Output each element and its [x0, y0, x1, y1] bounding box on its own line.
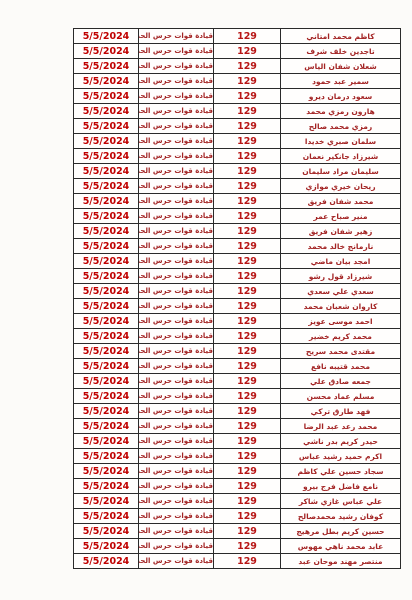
date-cell: 5/5/2024 — [74, 314, 139, 329]
name-cell: منير صباح عمر — [281, 209, 401, 224]
table-row: 5/5/2024قيادة قوات حرس الحدود129حسين كري… — [74, 524, 401, 539]
unit-cell: قيادة قوات حرس الحدود — [139, 464, 214, 479]
date-cell: 5/5/2024 — [74, 119, 139, 134]
number-cell: 129 — [214, 539, 281, 554]
name-cell: سمير عبد حمود — [281, 74, 401, 89]
name-cell: حسين كريم بطل مرهيج — [281, 524, 401, 539]
name-cell: سلمان صبري خديدا — [281, 134, 401, 149]
name-cell: نارمانج خالد محمد — [281, 239, 401, 254]
name-cell: شيرزاد قول رشو — [281, 269, 401, 284]
unit-cell: قيادة قوات حرس الحدود — [139, 209, 214, 224]
name-cell: فهد طارق تركي — [281, 404, 401, 419]
date-cell: 5/5/2024 — [74, 179, 139, 194]
date-cell: 5/5/2024 — [74, 209, 139, 224]
name-cell: سجاد حسين علي كاظم — [281, 464, 401, 479]
name-cell: كاروان شعبان محمد — [281, 299, 401, 314]
number-cell: 129 — [214, 284, 281, 299]
unit-cell: قيادة قوات حرس الحدود — [139, 389, 214, 404]
table-row: 5/5/2024قيادة قوات حرس الحدود129تاجدين خ… — [74, 44, 401, 59]
number-cell: 129 — [214, 374, 281, 389]
date-cell: 5/5/2024 — [74, 389, 139, 404]
name-cell: كاظم محمد امتاني — [281, 29, 401, 44]
number-cell: 129 — [214, 254, 281, 269]
number-cell: 129 — [214, 44, 281, 59]
table-row: 5/5/2024قيادة قوات حرس الحدود129عابد محم… — [74, 539, 401, 554]
date-cell: 5/5/2024 — [74, 479, 139, 494]
table-row: 5/5/2024قيادة قوات حرس الحدود129سليمان م… — [74, 164, 401, 179]
number-cell: 129 — [214, 209, 281, 224]
number-cell: 129 — [214, 74, 281, 89]
date-cell: 5/5/2024 — [74, 329, 139, 344]
table-row: 5/5/2024قيادة قوات حرس الحدود129نارمانج … — [74, 239, 401, 254]
number-cell: 129 — [214, 299, 281, 314]
name-cell: علي عباس غازي شاكر — [281, 494, 401, 509]
unit-cell: قيادة قوات حرس الحدود — [139, 194, 214, 209]
date-cell: 5/5/2024 — [74, 494, 139, 509]
number-cell: 129 — [214, 149, 281, 164]
date-cell: 5/5/2024 — [74, 29, 139, 44]
unit-cell: قيادة قوات حرس الحدود — [139, 299, 214, 314]
number-cell: 129 — [214, 554, 281, 569]
number-cell: 129 — [214, 224, 281, 239]
number-cell: 129 — [214, 59, 281, 74]
date-cell: 5/5/2024 — [74, 539, 139, 554]
unit-cell: قيادة قوات حرس الحدود — [139, 374, 214, 389]
date-cell: 5/5/2024 — [74, 74, 139, 89]
name-cell: هارون رمزي محمد — [281, 104, 401, 119]
number-cell: 129 — [214, 314, 281, 329]
number-cell: 129 — [214, 89, 281, 104]
name-cell: نامع فاضل فرج بيرو — [281, 479, 401, 494]
table-row: 5/5/2024قيادة قوات حرس الحدود129محمد قتي… — [74, 359, 401, 374]
table-row: 5/5/2024قيادة قوات حرس الحدود129شعلان شف… — [74, 59, 401, 74]
unit-cell: قيادة قوات حرس الحدود — [139, 29, 214, 44]
unit-cell: قيادة قوات حرس الحدود — [139, 419, 214, 434]
name-cell: سعدي علي سعدي — [281, 284, 401, 299]
unit-cell: قيادة قوات حرس الحدود — [139, 359, 214, 374]
name-cell: محمد كريم خضير — [281, 329, 401, 344]
records-tbody: 5/5/2024قيادة قوات حرس الحدود129كاظم محم… — [74, 29, 401, 569]
date-cell: 5/5/2024 — [74, 89, 139, 104]
date-cell: 5/5/2024 — [74, 554, 139, 569]
name-cell: كوفان رشيد محمدصالح — [281, 509, 401, 524]
date-cell: 5/5/2024 — [74, 419, 139, 434]
name-cell: تاجدين خلف شرف — [281, 44, 401, 59]
name-cell: حيدر كريم بدر ناشي — [281, 434, 401, 449]
name-cell: مقتدى محمد سريح — [281, 344, 401, 359]
table-row: 5/5/2024قيادة قوات حرس الحدود129رمزي محم… — [74, 119, 401, 134]
unit-cell: قيادة قوات حرس الحدود — [139, 524, 214, 539]
name-cell: سليمان مراد سليمان — [281, 164, 401, 179]
table-row: 5/5/2024قيادة قوات حرس الحدود129هارون رم… — [74, 104, 401, 119]
unit-cell: قيادة قوات حرس الحدود — [139, 284, 214, 299]
name-cell: سعود درمان ديرو — [281, 89, 401, 104]
number-cell: 129 — [214, 29, 281, 44]
number-cell: 129 — [214, 524, 281, 539]
date-cell: 5/5/2024 — [74, 59, 139, 74]
name-cell: امجد بيان ماضي — [281, 254, 401, 269]
unit-cell: قيادة قوات حرس الحدود — [139, 89, 214, 104]
number-cell: 129 — [214, 269, 281, 284]
date-cell: 5/5/2024 — [74, 464, 139, 479]
number-cell: 129 — [214, 104, 281, 119]
unit-cell: قيادة قوات حرس الحدود — [139, 254, 214, 269]
date-cell: 5/5/2024 — [74, 269, 139, 284]
unit-cell: قيادة قوات حرس الحدود — [139, 509, 214, 524]
date-cell: 5/5/2024 — [74, 194, 139, 209]
name-cell: محمد رعد عبد الرضا — [281, 419, 401, 434]
number-cell: 129 — [214, 164, 281, 179]
number-cell: 129 — [214, 449, 281, 464]
number-cell: 129 — [214, 179, 281, 194]
table-row: 5/5/2024قيادة قوات حرس الحدود129شيرزاد ج… — [74, 149, 401, 164]
table-row: 5/5/2024قيادة قوات حرس الحدود129احمد موس… — [74, 314, 401, 329]
name-cell: جمعه صادق علي — [281, 374, 401, 389]
unit-cell: قيادة قوات حرس الحدود — [139, 164, 214, 179]
number-cell: 129 — [214, 464, 281, 479]
unit-cell: قيادة قوات حرس الحدود — [139, 479, 214, 494]
number-cell: 129 — [214, 134, 281, 149]
table-row: 5/5/2024قيادة قوات حرس الحدود129فهد طارق… — [74, 404, 401, 419]
unit-cell: قيادة قوات حرس الحدود — [139, 104, 214, 119]
date-cell: 5/5/2024 — [74, 359, 139, 374]
date-cell: 5/5/2024 — [74, 509, 139, 524]
unit-cell: قيادة قوات حرس الحدود — [139, 404, 214, 419]
table-row: 5/5/2024قيادة قوات حرس الحدود129سجاد حسي… — [74, 464, 401, 479]
date-cell: 5/5/2024 — [74, 284, 139, 299]
date-cell: 5/5/2024 — [74, 44, 139, 59]
date-cell: 5/5/2024 — [74, 224, 139, 239]
table-row: 5/5/2024قيادة قوات حرس الحدود129ريحان خي… — [74, 179, 401, 194]
date-cell: 5/5/2024 — [74, 104, 139, 119]
unit-cell: قيادة قوات حرس الحدود — [139, 149, 214, 164]
unit-cell: قيادة قوات حرس الحدود — [139, 344, 214, 359]
date-cell: 5/5/2024 — [74, 344, 139, 359]
unit-cell: قيادة قوات حرس الحدود — [139, 329, 214, 344]
unit-cell: قيادة قوات حرس الحدود — [139, 74, 214, 89]
date-cell: 5/5/2024 — [74, 299, 139, 314]
number-cell: 129 — [214, 509, 281, 524]
unit-cell: قيادة قوات حرس الحدود — [139, 224, 214, 239]
name-cell: محمد قتيبه نافع — [281, 359, 401, 374]
number-cell: 129 — [214, 359, 281, 374]
number-cell: 129 — [214, 329, 281, 344]
table-row: 5/5/2024قيادة قوات حرس الحدود129كوفان رش… — [74, 509, 401, 524]
unit-cell: قيادة قوات حرس الحدود — [139, 44, 214, 59]
date-cell: 5/5/2024 — [74, 254, 139, 269]
name-cell: محمد شفان فريق — [281, 194, 401, 209]
number-cell: 129 — [214, 389, 281, 404]
table-row: 5/5/2024قيادة قوات حرس الحدود129جمعه صاد… — [74, 374, 401, 389]
unit-cell: قيادة قوات حرس الحدود — [139, 269, 214, 284]
number-cell: 129 — [214, 479, 281, 494]
name-cell: اكرم حميد رشيد عباس — [281, 449, 401, 464]
date-cell: 5/5/2024 — [74, 434, 139, 449]
date-cell: 5/5/2024 — [74, 374, 139, 389]
table-row: 5/5/2024قيادة قوات حرس الحدود129علي عباس… — [74, 494, 401, 509]
table-row: 5/5/2024قيادة قوات حرس الحدود129نامع فاض… — [74, 479, 401, 494]
table-row: 5/5/2024قيادة قوات حرس الحدود129سعود درم… — [74, 89, 401, 104]
table-row: 5/5/2024قيادة قوات حرس الحدود129كاظم محم… — [74, 29, 401, 44]
name-cell: شيرزاد جانكير نعمان — [281, 149, 401, 164]
number-cell: 129 — [214, 494, 281, 509]
number-cell: 129 — [214, 119, 281, 134]
unit-cell: قيادة قوات حرس الحدود — [139, 449, 214, 464]
name-cell: زهير شفان فريق — [281, 224, 401, 239]
name-cell: رمزي محمد صالح — [281, 119, 401, 134]
records-table: 5/5/2024قيادة قوات حرس الحدود129كاظم محم… — [73, 28, 401, 569]
table-row: 5/5/2024قيادة قوات حرس الحدود129سمير عبد… — [74, 74, 401, 89]
table-row: 5/5/2024قيادة قوات حرس الحدود129محمد كري… — [74, 329, 401, 344]
table-row: 5/5/2024قيادة قوات حرس الحدود129محمد رعد… — [74, 419, 401, 434]
name-cell: منتصر مهند موحان عبد — [281, 554, 401, 569]
number-cell: 129 — [214, 404, 281, 419]
table-row: 5/5/2024قيادة قوات حرس الحدود129منير صبا… — [74, 209, 401, 224]
date-cell: 5/5/2024 — [74, 164, 139, 179]
unit-cell: قيادة قوات حرس الحدود — [139, 59, 214, 74]
table-row: 5/5/2024قيادة قوات حرس الحدود129محمد شفا… — [74, 194, 401, 209]
date-cell: 5/5/2024 — [74, 239, 139, 254]
unit-cell: قيادة قوات حرس الحدود — [139, 119, 214, 134]
unit-cell: قيادة قوات حرس الحدود — [139, 494, 214, 509]
table-row: 5/5/2024قيادة قوات حرس الحدود129سعدي علي… — [74, 284, 401, 299]
unit-cell: قيادة قوات حرس الحدود — [139, 434, 214, 449]
number-cell: 129 — [214, 239, 281, 254]
table-row: 5/5/2024قيادة قوات حرس الحدود129شيرزاد ق… — [74, 269, 401, 284]
date-cell: 5/5/2024 — [74, 404, 139, 419]
table-row: 5/5/2024قيادة قوات حرس الحدود129امجد بيا… — [74, 254, 401, 269]
unit-cell: قيادة قوات حرس الحدود — [139, 179, 214, 194]
date-cell: 5/5/2024 — [74, 449, 139, 464]
date-cell: 5/5/2024 — [74, 149, 139, 164]
number-cell: 129 — [214, 344, 281, 359]
name-cell: عابد محمد ناهي مهوس — [281, 539, 401, 554]
table-row: 5/5/2024قيادة قوات حرس الحدود129كاروان ش… — [74, 299, 401, 314]
unit-cell: قيادة قوات حرس الحدود — [139, 314, 214, 329]
table-row: 5/5/2024قيادة قوات حرس الحدود129اكرم حمي… — [74, 449, 401, 464]
name-cell: ريحان خيري موازي — [281, 179, 401, 194]
table-row: 5/5/2024قيادة قوات حرس الحدود129منتصر مه… — [74, 554, 401, 569]
document-page: 5/5/2024قيادة قوات حرس الحدود129كاظم محم… — [0, 0, 412, 600]
name-cell: احمد موسى عويز — [281, 314, 401, 329]
table-row: 5/5/2024قيادة قوات حرس الحدود129سلمان صب… — [74, 134, 401, 149]
unit-cell: قيادة قوات حرس الحدود — [139, 134, 214, 149]
table-row: 5/5/2024قيادة قوات حرس الحدود129مقتدى مح… — [74, 344, 401, 359]
name-cell: مسلم عماد محسن — [281, 389, 401, 404]
date-cell: 5/5/2024 — [74, 524, 139, 539]
number-cell: 129 — [214, 434, 281, 449]
number-cell: 129 — [214, 419, 281, 434]
table-row: 5/5/2024قيادة قوات حرس الحدود129مسلم عما… — [74, 389, 401, 404]
table-row: 5/5/2024قيادة قوات حرس الحدود129زهير شفا… — [74, 224, 401, 239]
date-cell: 5/5/2024 — [74, 134, 139, 149]
number-cell: 129 — [214, 194, 281, 209]
unit-cell: قيادة قوات حرس الحدود — [139, 239, 214, 254]
name-cell: شعلان شفان الياس — [281, 59, 401, 74]
unit-cell: قيادة قوات حرس الحدود — [139, 539, 214, 554]
unit-cell: قيادة قوات حرس الحدود — [139, 554, 214, 569]
table-row: 5/5/2024قيادة قوات حرس الحدود129حيدر كري… — [74, 434, 401, 449]
